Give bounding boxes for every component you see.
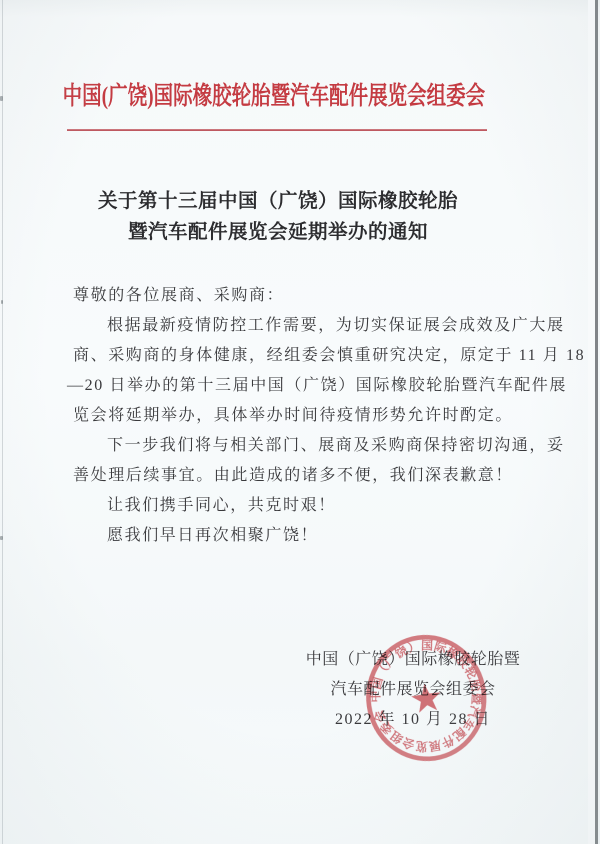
committee-header-text: 中国(广饶)国际橡胶轮胎暨汽车配件展览会组委会 <box>63 76 485 112</box>
notice-body: 尊敬的各位展商、采购商： 根据最新疫情防控工作需要，为切实保证展会成效及广大展 … <box>73 281 538 551</box>
salutation-line: 尊敬的各位展商、采购商： <box>73 281 538 311</box>
notice-title-line-2: 暨汽车配件展览会延期举办的通知 <box>0 217 556 248</box>
photo-artifact <box>0 96 3 101</box>
committee-header: 中国(广饶)国际橡胶轮胎暨汽车配件展览会组委会 <box>0 76 548 112</box>
body-line: 愿我们早日再次相聚广饶！ <box>73 521 538 551</box>
body-line: 下一步我们将与相关部门、展商及采购商保持密切沟通，妥 <box>73 431 538 461</box>
header-divider-line <box>67 129 487 131</box>
notice-title: 关于第十三届中国（广饶）国际橡胶轮胎 暨汽车配件展览会延期举办的通知 <box>0 186 556 248</box>
photo-left-edge <box>2 0 3 844</box>
photo-artifact <box>0 536 3 540</box>
body-line: —20 日举办的第十三届中国（广饶）国际橡胶轮胎暨汽车配件展 <box>67 371 538 401</box>
body-line: 览会将延期举办，具体举办时间待疫情形势允许时酌定。 <box>73 401 538 431</box>
body-line: 根据最新疫情防控工作需要，为切实保证展会成效及广大展 <box>73 311 538 341</box>
body-line: 商、采购商的身体健康，经组委会慎重研究决定，原定于 11 月 18 <box>73 341 538 371</box>
document-page: 中国(广饶)国际橡胶轮胎暨汽车配件展览会组委会 关于第十三届中国（广饶）国际橡胶… <box>0 0 600 844</box>
official-seal: 中国（广饶）国际橡胶轮胎暨汽车配件展览会组委会 <box>351 619 501 772</box>
photo-artifact <box>1 300 3 304</box>
notice-title-line-1: 关于第十三届中国（广饶）国际橡胶轮胎 <box>0 186 556 217</box>
star-icon <box>410 682 443 714</box>
body-line: 善处理后续事宜。由此造成的诸多不便，我们深表歉意！ <box>73 461 538 491</box>
photo-right-edge <box>595 0 598 844</box>
paper-right-margin <box>588 0 595 844</box>
body-line: 让我们携手同心，共克时艰！ <box>73 491 538 521</box>
